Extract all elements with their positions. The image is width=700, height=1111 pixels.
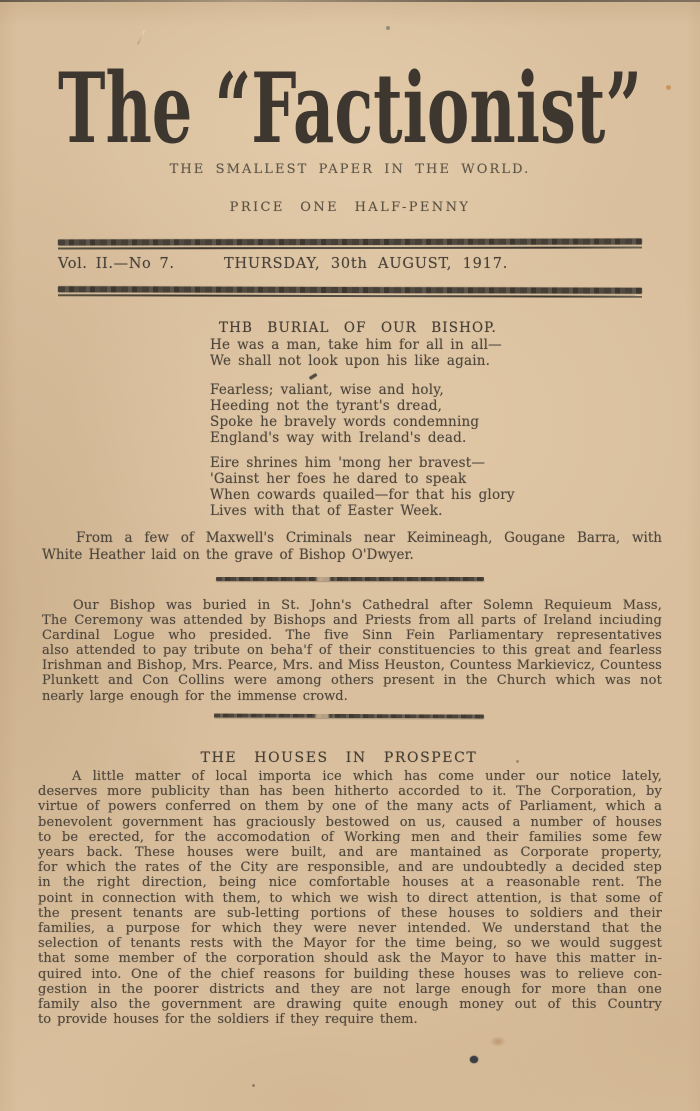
masthead-title-wrap: The “Factionist” [54, 50, 646, 170]
masthead-price-line: PRICE ONE HALF-PENNY [0, 200, 700, 215]
orange-speck [666, 85, 671, 90]
rule-thin-bar [58, 246, 642, 249]
poem-stanza-1: He was a man, take him for all in all— W… [210, 337, 502, 369]
scan-top-edge [0, 0, 700, 2]
volume-number: Vol. II.—No 7. [58, 256, 175, 272]
poem-stanza-2: Fearless; valiant, wise and holy, Heedin… [210, 382, 479, 446]
gray-speck [386, 26, 390, 30]
houses-body-text: A little matter of local importa ice whi… [38, 769, 662, 1012]
rule-thick-bar [58, 286, 642, 294]
rule-thin-bar [58, 294, 642, 298]
rule-thick-bar [58, 238, 642, 245]
bishop-headline: THB BURIAL OF OUR BISHOP. [8, 320, 700, 336]
issue-date: THURSDAY, 30th AUGUST, 1917. [224, 256, 508, 272]
issue-info-line: Vol. II.—No 7. THURSDAY, 30th AUGUST, 19… [58, 256, 642, 276]
section-divider-2 [214, 714, 484, 719]
poem-stanza-3: Eire shrines him 'mong her bravest— 'Gai… [210, 455, 515, 519]
scratch-mark [137, 30, 145, 44]
houses-headline: THE HOUSES IN PROSPECT [0, 750, 689, 766]
divider-rule-top [58, 238, 642, 249]
tiny-speck [252, 1084, 255, 1087]
ink-dot [470, 1056, 478, 1063]
brown-stain [490, 1036, 506, 1047]
bishop-body-last-line: nearly large enough for the immense crow… [42, 689, 348, 704]
masthead-subtitle: THE SMALLEST PAPER IN THE WORLD. [0, 162, 700, 177]
section-divider-1 [216, 577, 484, 581]
houses-body-last-line: to provide houses for the soldiers if th… [38, 1012, 418, 1027]
divider-rule-bottom [58, 286, 642, 298]
newspaper-page: The “Factionist” THE SMALLEST PAPER IN T… [0, 0, 700, 1111]
bishop-body-text: Our Bishop was buried in St. John's Cath… [42, 598, 662, 689]
poem-attribution-line-2: White Heather laid on the grave of Bisho… [42, 547, 662, 564]
ink-smudge-mark [309, 373, 317, 379]
small-speck [516, 760, 519, 763]
masthead-title: The “Factionist” [58, 52, 642, 165]
poem-attribution-line-1: From a few of Maxwell's Criminals near K… [42, 530, 662, 547]
